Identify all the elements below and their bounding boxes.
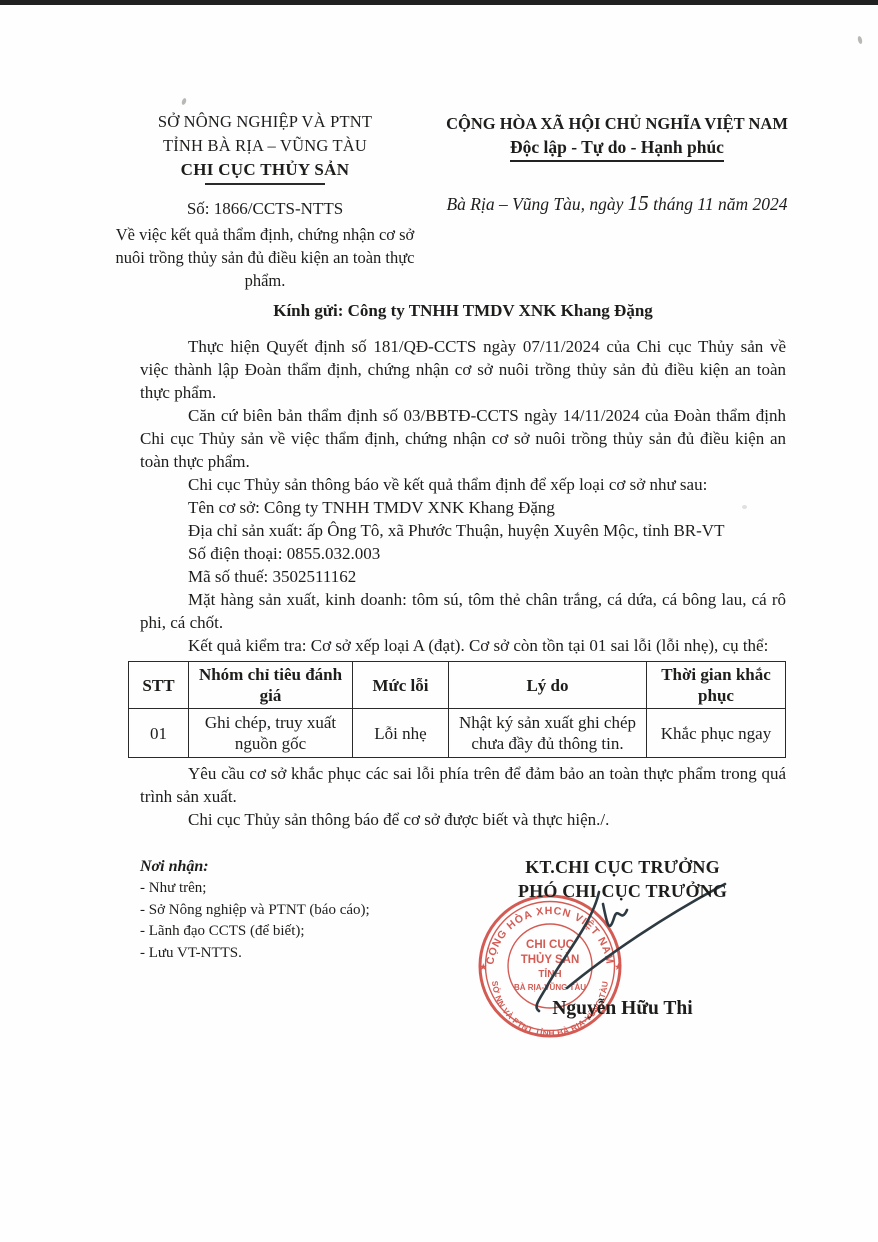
findings-table: STT Nhóm chỉ tiêu đánh giá Mức lỗi Lý do…: [128, 661, 786, 758]
date-suffix: tháng 11 năm 2024: [649, 194, 788, 214]
facility-name-line: Tên cơ sở: Công ty TNHH TMDV XNK Khang Đ…: [140, 496, 786, 519]
paragraph: Chi cục Thủy sản thông báo để cơ sở được…: [140, 808, 786, 831]
document-subject: Về việc kết quả thẩm định, chứng nhận cơ…: [106, 223, 424, 292]
cell-reason: Nhật ký sản xuất ghi chép chưa đầy đủ th…: [449, 709, 647, 758]
scan-edge-artifact: [0, 0, 878, 5]
issuing-agency-block: SỞ NÔNG NGHIỆP VÀ PTNT TỈNH BÀ RỊA – VŨN…: [106, 110, 424, 292]
facility-products-line: Mặt hàng sản xuất, kinh doanh: tôm sú, t…: [140, 588, 786, 634]
place-date-line: Bà Rịa – Vũng Tàu, ngày 15 tháng 11 năm …: [413, 191, 821, 216]
facility-phone-line: Số điện thoại: 0855.032.003: [140, 542, 786, 565]
recipients-title: Nơi nhận:: [140, 855, 440, 878]
col-header-level: Mức lỗi: [353, 662, 449, 709]
cell-time: Khắc phục ngay: [647, 709, 786, 758]
document-number: Số: 1866/CCTS-NTTS: [106, 197, 424, 221]
paragraph: Chi cục Thủy sản thông báo về kết quả th…: [140, 473, 786, 496]
date-day: 15: [628, 191, 649, 215]
cell-group: Ghi chép, truy xuất nguồn gốc: [189, 709, 353, 758]
national-motto: Độc lập - Tự do - Hạnh phúc: [510, 136, 724, 162]
scan-speck: [181, 98, 187, 106]
document-body: Kính gửi: Công ty TNHH TMDV XNK Khang Đặ…: [140, 299, 786, 831]
cell-stt: 01: [129, 709, 189, 758]
recipient-item: - Như trên;: [140, 878, 440, 900]
salutation: Kính gửi: Công ty TNHH TMDV XNK Khang Đặ…: [140, 299, 786, 322]
inspection-result-line: Kết quả kiểm tra: Cơ sở xếp loại A (đạt)…: [140, 634, 786, 657]
scan-speck: [857, 36, 863, 45]
col-header-group: Nhóm chỉ tiêu đánh giá: [189, 662, 353, 709]
col-header-time: Thời gian khắc phục: [647, 662, 786, 709]
signer-title-line1: KT.CHI CỤC TRƯỞNG: [430, 855, 815, 879]
table-header-row: STT Nhóm chỉ tiêu đánh giá Mức lỗi Lý do…: [129, 662, 786, 709]
signer-title-line2: PHÓ CHI CỤC TRƯỞNG: [430, 879, 815, 903]
agency-name: CHI CỤC THỦY SẢN: [106, 158, 424, 182]
recipient-item: - Lưu VT-NTTS.: [140, 943, 440, 965]
date-prefix: Bà Rịa – Vũng Tàu, ngày: [446, 194, 627, 214]
document-page: SỞ NÔNG NGHIỆP VÀ PTNT TỈNH BÀ RỊA – VŨN…: [0, 0, 878, 1242]
national-header-block: CỘNG HÒA XÃ HỘI CHỦ NGHĨA VIỆT NAM Độc l…: [413, 112, 821, 216]
recipient-item: - Lãnh đạo CCTS (để biết);: [140, 921, 440, 943]
parent-agency-line2: TỈNH BÀ RỊA – VŨNG TÀU: [106, 134, 424, 158]
facility-taxcode-line: Mã số thuế: 3502511162: [140, 565, 786, 588]
paragraph: Căn cứ biên bản thẩm định số 03/BBTĐ-CCT…: [140, 404, 786, 473]
col-header-stt: STT: [129, 662, 189, 709]
parent-agency-line1: SỞ NÔNG NGHIỆP VÀ PTNT: [106, 110, 424, 134]
facility-address-line: Địa chỉ sản xuất: ấp Ông Tô, xã Phước Th…: [140, 519, 786, 542]
col-header-reason: Lý do: [449, 662, 647, 709]
agency-name-underline: [205, 183, 325, 185]
paragraph: Thực hiện Quyết định số 181/QĐ-CCTS ngày…: [140, 335, 786, 404]
signer-name: Nguyễn Hữu Thi: [430, 998, 815, 1020]
cell-level: Lỗi nhẹ: [353, 709, 449, 758]
signature-block: KT.CHI CỤC TRƯỞNG PHÓ CHI CỤC TRƯỞNG: [430, 855, 815, 903]
national-title: CỘNG HÒA XÃ HỘI CHỦ NGHĨA VIỆT NAM: [413, 112, 821, 136]
recipients-block: Nơi nhận: - Như trên; - Sở Nông nghiệp v…: [140, 855, 440, 964]
recipient-item: - Sở Nông nghiệp và PTNT (báo cáo);: [140, 900, 440, 922]
table-row: 01 Ghi chép, truy xuất nguồn gốc Lỗi nhẹ…: [129, 709, 786, 758]
paragraph: Yêu cầu cơ sở khắc phục các sai lỗi phía…: [140, 762, 786, 808]
